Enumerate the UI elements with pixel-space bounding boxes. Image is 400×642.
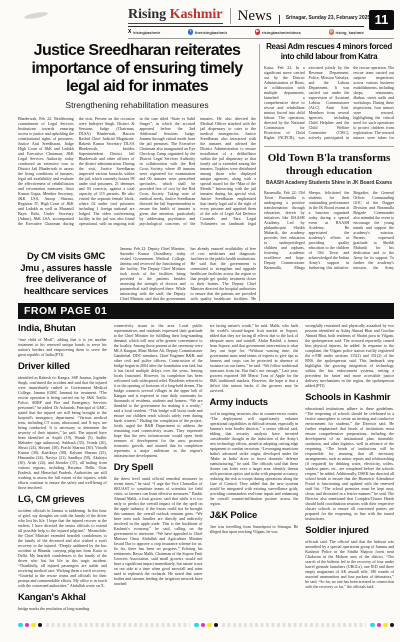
oldtown-body: Baramulla, Feb 22: Old Town Baramulla is…: [264, 190, 394, 274]
jump-headline-jk-police: J&K Police: [210, 511, 299, 521]
social-handle: therisingkashmir: [195, 30, 227, 35]
lead-body: Bhaderwah, Feb 22: Reaffirming commitmen…: [18, 116, 256, 227]
social-item-youtube: ▶ risingkashmirvideos: [255, 29, 301, 35]
article-divider: [264, 146, 394, 147]
jump-headline-kangans-akhal: Kangan's Akhal: [18, 593, 107, 603]
magenta-registration-dot: [377, 623, 382, 628]
social-bar: X /risingkashmir f therisingkashmir ▶ ri…: [128, 29, 364, 35]
brand-logo: Rising Kashmir: [128, 7, 223, 24]
from-page-banner: FROM PAGE 01: [18, 303, 394, 319]
jump-headline-lg-cm-grieves: LG, CM grieves: [18, 495, 107, 505]
jump-body: identified as Rakesh r/o Kangra. SSP Jam…: [18, 375, 107, 490]
social-handle: /risingkashmir: [133, 30, 160, 35]
registration-dot-group: [370, 623, 394, 628]
page-number: 11: [369, 10, 394, 30]
registration-dot-group: [194, 623, 218, 628]
x-icon: X: [128, 29, 131, 35]
right-column: Reasi Adm rescues 4 minors forced into c…: [264, 42, 394, 274]
masthead: Rising Kashmir News Srinagar, Sunday 23,…: [128, 7, 366, 24]
jump-column-4: wrongfully restrained and physically ass…: [305, 323, 394, 618]
brand-second-word: Kashmir: [170, 7, 223, 22]
social-item-instagram: ◎ rising_kashmir: [329, 29, 364, 35]
yellow-registration-dot: [207, 623, 212, 628]
registration-marks: [18, 622, 394, 628]
jump-headline-india-bhutan: India, Bhutan: [18, 324, 107, 334]
jump-column-2: connectivity issues in the area. Local p…: [114, 323, 203, 618]
jump-body-continuation: are facing nature's wrath,” he said. Mal…: [210, 323, 299, 393]
brand-first-word: Rising: [128, 7, 166, 22]
dycm-body: Jammu, Feb 22: Deputy Chief Minister, Su…: [120, 246, 256, 302]
yellow-registration-dot: [31, 623, 36, 628]
cyan-registration-dot: [194, 623, 199, 628]
print-smudge: [24, 11, 49, 20]
black-registration-dot: [214, 623, 219, 628]
lead-headline: Justice Sreedharan reiterates importance…: [18, 42, 256, 96]
black-registration-dot: [38, 623, 43, 628]
instagram-icon: ◎: [329, 29, 335, 35]
yellow-registration-dot: [383, 623, 388, 628]
jump-body: accident officials in Jammu is saddening…: [18, 508, 107, 588]
jump-body: educational institutions adhere to these…: [305, 406, 394, 521]
jump-body: officials said. The official said that t…: [305, 539, 394, 589]
oldtown-subhead: BAASH Academy Students Shine in JK Board…: [264, 180, 394, 186]
registration-tick-strip: [46, 623, 190, 627]
jump-headline-driver-killed: Driver killed: [18, 362, 107, 372]
reasi-headline: Reasi Adm rescues 4 minors forced into c…: [264, 42, 394, 61]
youtube-icon: ▶: [255, 29, 261, 35]
column-divider: [259, 44, 260, 301]
dycm-article: Dy CM visits GMC Jmu , assures hassle fr…: [18, 246, 256, 302]
jump-headline-dry-spell: Dry Spell: [114, 463, 203, 473]
jump-body-continuation: connectivity issues in the area. Local p…: [114, 323, 203, 458]
black-registration-dot: [390, 623, 395, 628]
facebook-icon: f: [188, 29, 194, 35]
section-name: News: [230, 8, 272, 24]
lead-article: Justice Sreedharan reiterates importance…: [18, 42, 256, 227]
dateline: Srinagar, Sunday 23, February 2025: [279, 15, 371, 24]
jump-body-continuation: wrongfully restrained and physically ass…: [305, 323, 394, 388]
social-item-facebook: f therisingkashmir: [188, 29, 227, 35]
jump-body: One was travelling from Surashpora to Sr…: [210, 524, 299, 534]
jump-body: tool in targeting terrorists also in cou…: [210, 411, 299, 506]
social-handle: risingkashmirvideos: [262, 30, 301, 35]
oldtown-headline: Old Town B'la transforms through educati…: [264, 152, 394, 177]
jump-column-3: are facing nature's wrath,” he said. Mal…: [210, 323, 299, 618]
magenta-registration-dot: [25, 623, 30, 628]
registration-tick-strip: [222, 623, 366, 627]
jump-headline-soldier-injured: Soldier injured: [305, 526, 394, 536]
lead-subhead: Strengthening rehabilitation measures: [18, 100, 256, 110]
jump-headline-schools-in-kashmir: Schools in Kashmir: [305, 393, 394, 403]
cyan-registration-dot: [370, 623, 375, 628]
jump-column-1: India, Bhutan “true child of Modi”, addi…: [18, 323, 107, 618]
reasi-body: Katra, Feb 22: In a significant move car…: [264, 65, 394, 141]
jump-body: “true child of Modi”, adding that it is …: [18, 337, 107, 357]
social-handle: rising_kashmir: [336, 30, 364, 35]
cyan-registration-dot: [18, 623, 23, 628]
dycm-headline: Dy CM visits GMC Jmu , assures hassle fr…: [18, 246, 114, 302]
social-item-x: X /risingkashmir: [128, 29, 160, 35]
jump-headline-army-inducts: Army inducts: [210, 398, 299, 408]
jump-body: the driest level amid official remedial …: [114, 476, 203, 586]
jump-body: bridge marks the resolution of long-stan…: [18, 606, 107, 611]
jump-section: India, Bhutan “true child of Modi”, addi…: [18, 323, 394, 618]
magenta-registration-dot: [201, 623, 206, 628]
header-rule-top: [128, 26, 364, 27]
registration-dot-group: [18, 623, 42, 628]
header-rule-bottom: [128, 38, 394, 39]
